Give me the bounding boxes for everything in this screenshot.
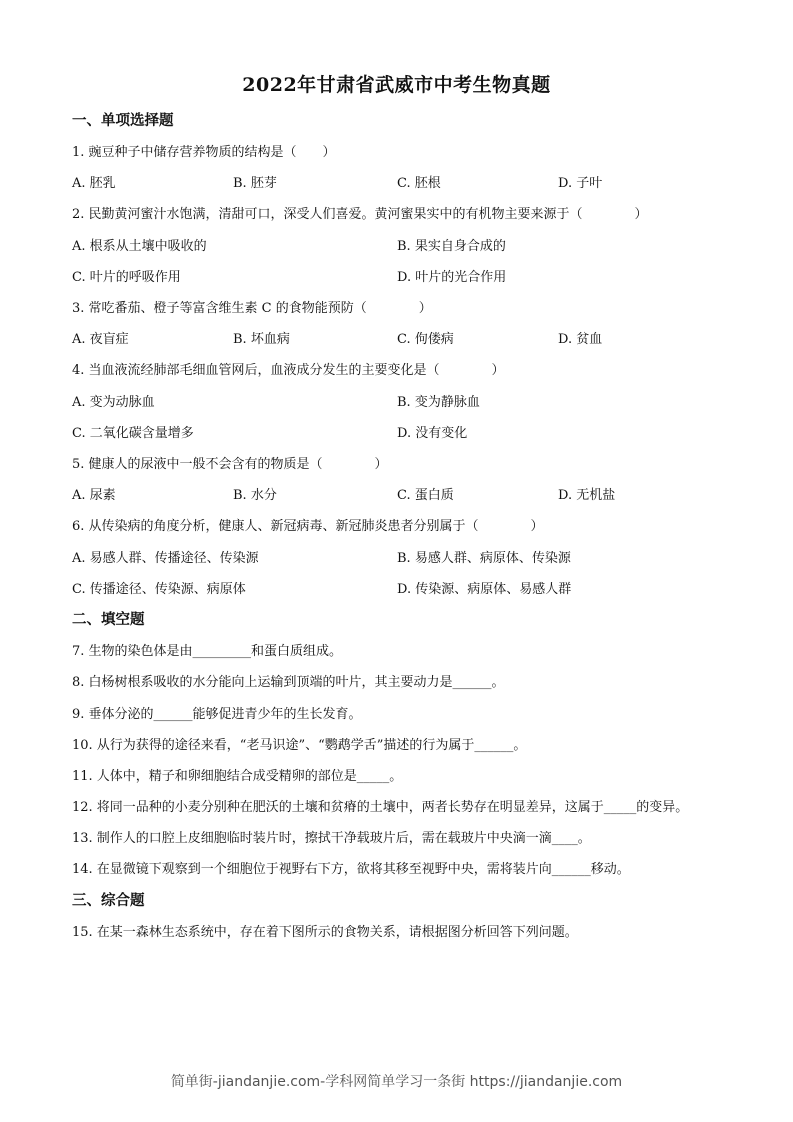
question-5: 5. 健康人的尿液中一般不会含有的物质是（ ） [72,453,388,472]
footer-watermark: 简单街-jiandanjie.com-学科网简单学习一条街 https://ji… [0,1071,793,1091]
q6-option-b: B. 易感人群、病原体、传染源 [397,547,571,566]
q3-option-c: C. 佝偻病 [397,328,454,347]
q1-option-d: D. 子叶 [558,172,602,191]
question-7: 7. 生物的染色体是由_________和蛋白质组成。 [72,640,342,659]
q2-option-c: C. 叶片的呼吸作用 [72,266,181,285]
question-8: 8. 白杨树根系吸收的水分能向上运输到顶端的叶片，其主要动力是______。 [72,671,505,690]
q4-option-b: B. 变为静脉血 [397,391,480,410]
q6-option-d: D. 传染源、病原体、易感人群 [397,578,571,597]
q2-option-a: A. 根系从土壤中吸收的 [72,235,207,254]
page-title: 2022年甘肃省武威市中考生物真题 [0,70,793,97]
question-9: 9. 垂体分泌的______能够促进青少年的生长发育。 [72,703,362,722]
q3-option-a: A. 夜盲症 [72,328,129,347]
question-10: 10. 从行为获得的途径来看，“老马识途”、“鹦鹉学舌”描述的行为属于_____… [72,734,526,753]
q1-option-a: A. 胚乳 [72,172,116,191]
q3-option-d: D. 贫血 [558,328,602,347]
q3-option-b: B. 坏血病 [233,328,290,347]
section-heading-mcq: 一、单项选择题 [72,109,174,130]
q5-option-b: B. 水分 [233,484,277,503]
question-11: 11. 人体中，精子和卵细胞结合成受精卵的部位是_____。 [72,765,402,784]
question-4: 4. 当血液流经肺部毛细血管网后，血液成分发生的主要变化是（ ） [72,359,505,378]
question-15: 15. 在某一森林生态系统中，存在着下图所示的食物关系，请根据图分析回答下列问题… [72,921,578,940]
question-14: 14. 在显微镜下观察到一个细胞位于视野右下方，欲将其移至视野中央，需将装片向_… [72,858,630,877]
q4-option-a: A. 变为动脉血 [72,391,155,410]
q5-option-d: D. 无机盐 [558,484,615,503]
q5-option-c: C. 蛋白质 [397,484,454,503]
question-2: 2. 民勤黄河蜜汁水饱满，清甜可口，深受人们喜爱。黄河蜜果实中的有机物主要来源于… [72,203,648,222]
section-heading-fill: 二、填空题 [72,608,145,629]
q1-option-c: C. 胚根 [397,172,441,191]
q5-option-a: A. 尿素 [72,484,116,503]
q4-option-c: C. 二氧化碳含量增多 [72,422,194,441]
section-heading-comprehensive: 三、综合题 [72,889,145,910]
question-6: 6. 从传染病的角度分析，健康人、新冠病毒、新冠肺炎患者分别属于（ ） [72,515,544,534]
question-3: 3. 常吃番茄、橙子等富含维生素 C 的食物能预防（ ） [72,297,432,316]
q4-option-d: D. 没有变化 [397,422,467,441]
question-13: 13. 制作人的口腔上皮细胞临时装片时，擦拭干净载玻片后，需在载玻片中央滴一滴_… [72,827,591,846]
q1-option-b: B. 胚芽 [233,172,277,191]
q2-option-d: D. 叶片的光合作用 [397,266,506,285]
q2-option-b: B. 果实自身合成的 [397,235,506,254]
q6-option-c: C. 传播途径、传染源、病原体 [72,578,246,597]
question-12: 12. 将同一品种的小麦分别种在肥沃的土壤和贫瘠的土壤中，两者长势存在明显差异，… [72,796,688,815]
q6-option-a: A. 易感人群、传播途径、传染源 [72,547,259,566]
question-1: 1. 豌豆种子中储存营养物质的结构是（ ） [72,141,336,160]
